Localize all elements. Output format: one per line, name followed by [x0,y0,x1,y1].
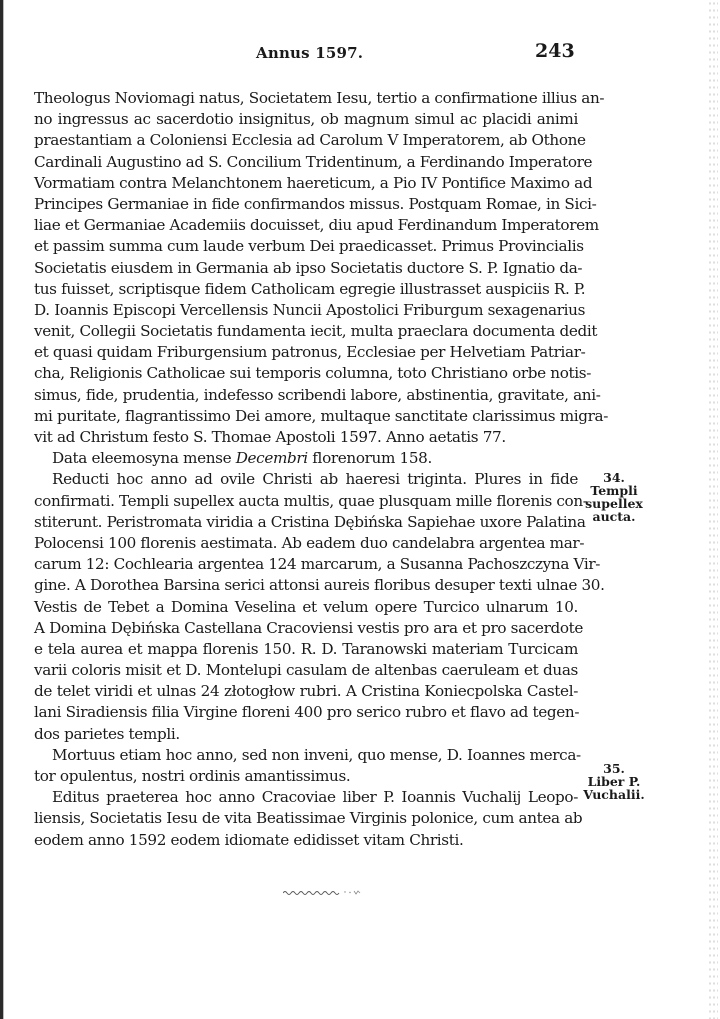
margin-note-35: 35. Liber P. Vuchalii. [575,762,653,801]
text-line: Mortuus etiam hoc anno, sed non inveni, … [34,745,578,766]
text-line: Vormatiam contra Melanchtonem haereticum… [34,173,578,194]
text-line: Polocensi 100 florenis aestimata. Ab ead… [34,533,578,554]
running-head: Annus 1597. [256,44,363,62]
text-line: tor opulentus, nostri ordinis amantissim… [34,766,578,787]
text-line: cha, Religionis Catholicae sui temporis … [34,363,578,384]
text-line: eodem anno 1592 eodem idiomate edidisset… [34,830,578,851]
text-line: et quasi quidam Friburgensium patronus, … [34,342,578,363]
page-binding-shadow [3,0,4,1019]
text-line: e tela aurea et mappa florenis 150. R. D… [34,639,578,660]
alms-month-italic: Decembri [236,449,308,467]
text-line: no ingressus ac sacerdotio insignitus, o… [34,109,578,130]
text-line: lani Siradiensis filia Virgine floreni 4… [34,702,578,723]
text-line: Cardinali Augustino ad S. Concilium Trid… [34,152,578,173]
text-line: D. Ioannis Episcopi Vercellensis Nuncii … [34,300,578,321]
text-line: dos parietes templi. [34,724,578,745]
text-line: stiterunt. Peristromata viridia a Cristi… [34,512,578,533]
text-line: carum 12: Cochlearia argentea 124 marcar… [34,554,578,575]
page-number: 243 [535,40,575,62]
text-line: Theologus Noviomagi natus, Societatem Ie… [34,88,578,109]
body-text: Theologus Noviomagi natus, Societatem Ie… [34,88,578,851]
text-line: Vestis de Tebet a Domina Veselina et vel… [34,597,578,618]
text-line: A Domina Dębińska Castellana Cracoviensi… [34,618,578,639]
page-right-edge-speckle [708,0,718,1019]
text-line: vit ad Christum festo S. Thomae Apostoli… [34,427,578,448]
text-line: de telet viridi et ulnas 24 złotogłow ru… [34,681,578,702]
alms-line: Data eleemosyna mense Decembri florenoru… [34,448,578,469]
text-line: simus, fide, prudentia, indefesso scribe… [34,385,578,406]
text-line: tus fuisset, scriptisque fidem Catholica… [34,279,578,300]
alms-text-after: florenorum 158. [308,449,432,467]
margin-note-line: aucta. [575,510,653,523]
text-line: liensis, Societatis Iesu de vita Beatiss… [34,808,578,829]
text-line: Reducti hoc anno ad ovile Christi ab hae… [34,469,578,490]
text-line: confirmati. Templi supellex aucta multis… [34,491,578,512]
text-line: Principes Germaniae in fide confirmandos… [34,194,578,215]
text-line: praestantiam a Coloniensi Ecclesia ad Ca… [34,130,578,151]
text-line: varii coloris misit et D. Montelupi casu… [34,660,578,681]
text-line: gine. A Dorothea Barsina serici attonsi … [34,575,578,596]
text-line: Editus praeterea hoc anno Cracoviae libe… [34,787,578,808]
text-line: liae et Germaniae Academiis docuisset, d… [34,215,578,236]
text-line: venit, Collegii Societatis fundamenta ie… [34,321,578,342]
text-line: Societatis eiusdem in Germania ab ipso S… [34,258,578,279]
alms-text-before: Data eleemosyna mense [52,449,236,467]
margin-note-34: 34. Templi supellex aucta. [575,471,653,523]
margin-note-line: Vuchalii. [575,788,653,801]
wavy-rule-ornament [283,888,363,896]
text-line: mi puritate, flagrantissimo Dei amore, m… [34,406,578,427]
text-line: et passim summa cum laude verbum Dei pra… [34,236,578,257]
